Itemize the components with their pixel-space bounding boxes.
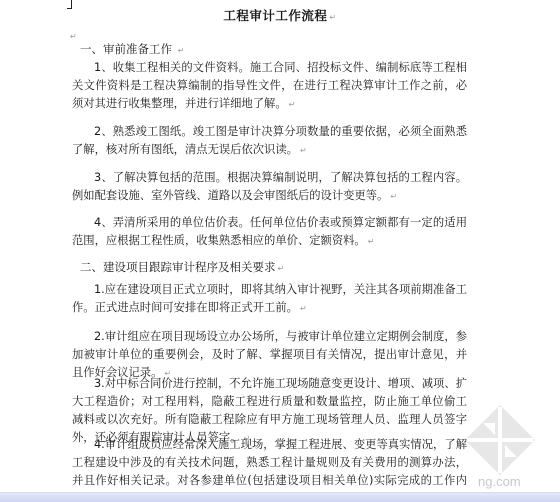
paragraph: 1、收集工程相关的文件资料。施工合同、招投标文件、编制标底等工程相关文件资料是工…	[72, 59, 467, 114]
paragraph-text: 2.审计组应在项目现场设立办公场所，与被审计单位建立定期例会制度，参加被审计单位…	[72, 330, 467, 379]
document-title: 工程审计工作流程↵	[0, 6, 560, 24]
paragraph-text: 1.应在建设项目正式立项时，即将其纳入审计视野，关注其各项前期准备工作。正式进点…	[72, 283, 467, 314]
paragraph: 3、了解决算包括的范围。根据决算编制说明，了解决算包括的工程内容。例如配套设施、…	[72, 169, 467, 206]
title-text: 工程审计工作流程	[223, 8, 327, 23]
paragraph-mark-icon: ↵	[390, 192, 397, 201]
paragraph-text: 2、熟悉竣工图纸。竣工图是审计决算分项数量的重要依据，必须全面熟悉了解，核对所有…	[72, 125, 467, 156]
paragraph-text: 1、收集工程相关的文件资料。施工合同、招投标文件、编制标底等工程相关文件资料是工…	[72, 61, 467, 110]
heading-text: 二、建设项目跟踪审计程序及相关要求	[80, 260, 276, 274]
paragraph-text: 3、了解决算包括的范围。根据决算编制说明，了解决算包括的工程内容。例如配套设施、…	[72, 171, 467, 202]
window-bottom-bar	[0, 492, 560, 502]
section-heading-2: 二、建设项目跟踪审计程序及相关要求↵	[80, 259, 284, 275]
paragraph-mark-icon: ↵	[289, 100, 296, 109]
watermark-text: ng.com	[478, 474, 521, 489]
empty-paragraph: ↵	[68, 24, 77, 43]
paragraph-mark-icon: ↵	[368, 237, 375, 246]
heading-text: 一、审前准备工作	[80, 42, 172, 56]
paragraph: 1.应在建设项目正式立项时，即将其纳入审计视野，关注其各项前期准备工作。正式进点…	[72, 281, 467, 318]
paragraph-mark-icon: ↵	[300, 304, 307, 313]
paragraph-text: 3.对中标合同价进行控制，不允许施工现场随意变更设计、增项、减项、扩大工程造价；…	[72, 377, 467, 444]
paragraph-mark-icon: ↵	[329, 13, 336, 22]
section-heading-1: 一、审前准备工作 ↵	[80, 41, 184, 57]
paragraph-mark-icon: ↵	[70, 32, 77, 41]
watermark-logo-icon	[465, 405, 535, 475]
paragraph-mark-icon: ↵	[300, 146, 307, 155]
paragraph-mark-icon: ↵	[278, 264, 285, 273]
paragraph-mark-icon: ↵	[178, 46, 185, 55]
document-page: 工程审计工作流程↵ ↵ 一、审前准备工作 ↵ 1、收集工程相关的文件资料。施工合…	[0, 0, 560, 492]
paragraph: 4、弄清所采用的单位估价表。任何单位估价表或预算定额都有一定的适用范围，应根据工…	[72, 214, 467, 251]
paragraph: 2、熟悉竣工图纸。竣工图是审计决算分项数量的重要依据，必须全面熟悉了解，核对所有…	[72, 123, 467, 160]
paragraph-text: 4、弄清所采用的单位估价表。任何单位估价表或预算定额都有一定的适用范围，应根据工…	[72, 216, 467, 247]
